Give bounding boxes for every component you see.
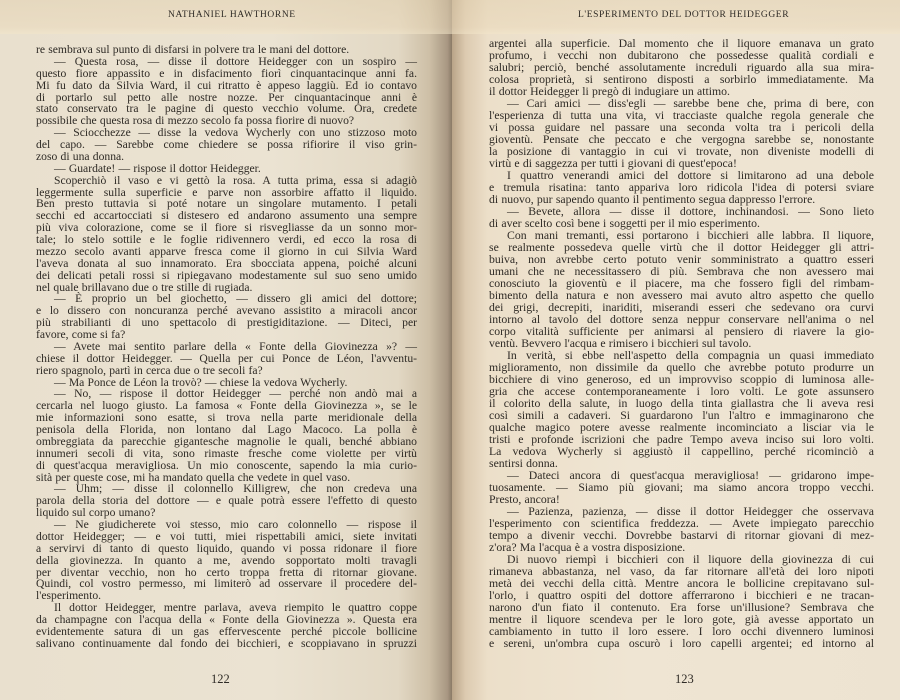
text-line: di quest'acqua meravigliosa. Un mio cono…: [36, 460, 417, 472]
text-line: a servirvi di tanto di questo liquido, q…: [36, 543, 417, 555]
text-line: — Avete mai sentito parlare della « Font…: [36, 341, 417, 353]
running-head-right: L'esperimento del dottor Heidegger: [578, 10, 789, 20]
left-page-body-text: re sembrava sul punto di disfarsi in pol…: [36, 44, 417, 650]
page-number-right: 123: [675, 672, 694, 687]
text-line: dottor Heidegger; — e voi tutti, miei ri…: [36, 531, 417, 543]
text-line: questo fiore appassito e in disfacimento…: [36, 68, 417, 80]
text-line: riero spagnolo, partì in cerca due o tre…: [36, 365, 417, 377]
text-line: Mi fu dato da Silvia Ward, il cui ritrat…: [36, 80, 417, 92]
text-line: Scoperchiò il vaso e vi gettò la rosa. A…: [36, 175, 417, 187]
text-line: l'aveva donata al suo innamorato. Era sb…: [36, 258, 417, 270]
running-head-left: Nathaniel Hawthorne: [168, 10, 296, 20]
text-line: chiese il dottor Heidegger. — Quella per…: [36, 353, 417, 365]
page-number-left: 122: [211, 672, 230, 687]
text-line: ombreggiata da parecchie gigantesche mag…: [36, 436, 417, 448]
right-page: L'esperimento del dottor Heidegger argen…: [452, 0, 900, 700]
text-line: — Guardate! — rispose il dottor Heidegge…: [36, 163, 417, 175]
right-page-body-text: argentei alla superficie. Dal momento ch…: [489, 38, 874, 650]
text-line: — Questa rosa, — disse il dottore Heideg…: [36, 56, 417, 68]
text-line: zoso di una donna.: [36, 151, 417, 163]
text-line: e sereni, un'ombra cupa oscurò i loro ca…: [489, 638, 874, 650]
text-line: mezzo secolo avanti apparve fresca come …: [36, 246, 417, 258]
text-line: della giovinezza. In quanto a me, avendo…: [36, 555, 417, 567]
left-page: Nathaniel Hawthorne re sembrava sul punt…: [0, 0, 452, 700]
text-line: dei delicati petali rossi si ripiegavano…: [36, 270, 417, 282]
book-spread: Nathaniel Hawthorne re sembrava sul punt…: [0, 0, 900, 700]
text-line: evidentemente satura di un gas effervesc…: [36, 626, 417, 638]
text-line: innumeri secoli di vita, sono rimaste fr…: [36, 448, 417, 460]
text-line: salivano continuamente dal fondo dei bic…: [36, 638, 417, 650]
